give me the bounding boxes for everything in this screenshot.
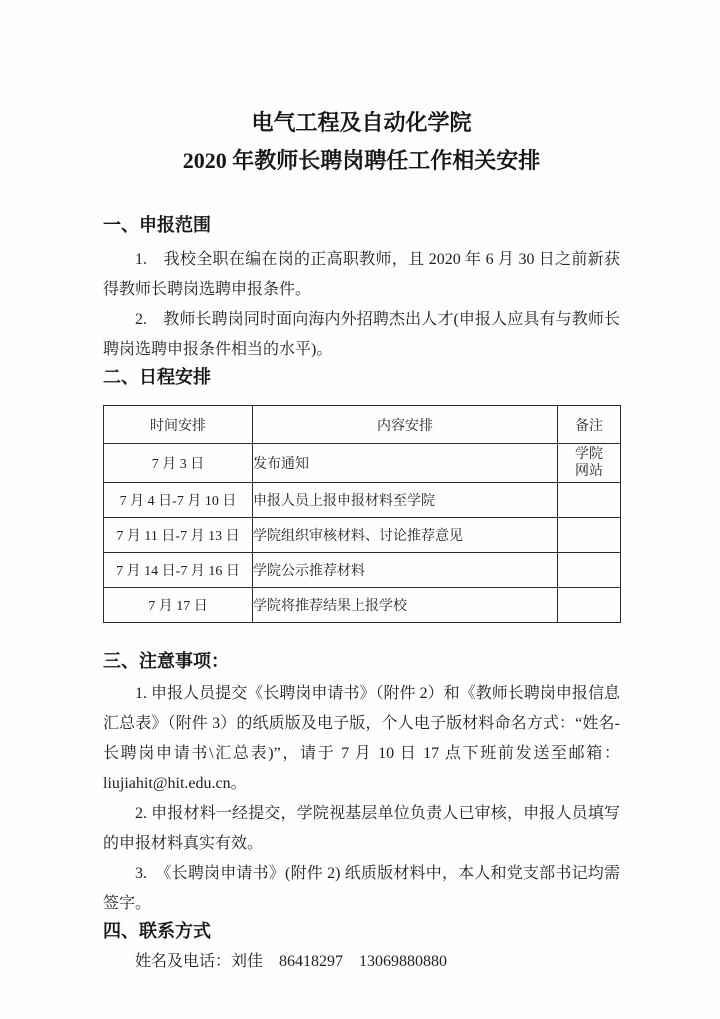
table-row: 7 月 14 日-7 月 16 日 学院公示推荐材料 [104,553,621,588]
section-3-heading: 三、注意事项： [103,649,620,673]
note-cell [558,588,621,623]
time-cell: 7 月 14 日-7 月 16 日 [104,553,253,588]
time-cell: 7 月 3 日 [104,444,253,483]
content-cell: 学院组织审核材料、讨论推荐意见 [253,518,558,553]
content-cell: 申报人员上报申报材料至学院 [253,483,558,518]
table-row: 7 月 4 日-7 月 10 日 申报人员上报申报材料至学院 [104,483,621,518]
document-title-line-1: 电气工程及自动化学院 [103,104,620,142]
content-cell: 学院公示推荐材料 [253,553,558,588]
column-header-note: 备注 [558,406,621,444]
section-3-paragraph-1: 1. 申报人员提交《长聘岗申请书》（附件 2）和《教师长聘岗申报信息汇总表》（附… [103,679,620,799]
section-2-heading: 二、日程安排 [103,365,620,389]
section-1-heading: 一、申报范围 [103,213,620,237]
column-header-content: 内容安排 [253,406,558,444]
note-cell: 学院 网站 [558,444,621,483]
time-cell: 7 月 11 日-7 月 13 日 [104,518,253,553]
content-cell: 发布通知 [253,444,558,483]
table-row: 7 月 17 日 学院将推荐结果上报学校 [104,588,621,623]
section-1-paragraph-1: 1. 我校全职在编在岗的正高职教师，且 2020 年 6 月 30 日之前新获得… [103,245,620,305]
document-content: 电气工程及自动化学院 2020 年教师长聘岗聘任工作相关安排 一、申报范围 1.… [0,0,720,977]
document-page: 电气工程及自动化学院 2020 年教师长聘岗聘任工作相关安排 一、申报范围 1.… [0,0,720,1019]
table-row: 7 月 11 日-7 月 13 日 学院组织审核材料、讨论推荐意见 [104,518,621,553]
contact-line: 姓名及电话：刘佳 86418297 13069880880 [103,947,620,977]
time-cell: 7 月 4 日-7 月 10 日 [104,483,253,518]
note-cell [558,518,621,553]
document-title-line-2: 2020 年教师长聘岗聘任工作相关安排 [103,142,620,180]
note-cell [558,483,621,518]
section-4-heading: 四、联系方式 [103,919,620,943]
document-title: 电气工程及自动化学院 2020 年教师长聘岗聘任工作相关安排 [103,104,620,180]
section-3-paragraph-2: 2. 申报材料一经提交，学院视基层单位负责人已审核，申报人员填写的申报材料真实有… [103,799,620,859]
schedule-table-header-row: 时间安排 内容安排 备注 [104,406,621,444]
content-cell: 学院将推荐结果上报学校 [253,588,558,623]
table-row: 7 月 3 日 发布通知 学院 网站 [104,444,621,483]
column-header-time: 时间安排 [104,406,253,444]
time-cell: 7 月 17 日 [104,588,253,623]
section-3-paragraph-3: 3. 《长聘岗申请书》(附件 2) 纸质版材料中，本人和党支部书记均需签字。 [103,859,620,919]
section-1-paragraph-2: 2. 教师长聘岗同时面向海内外招聘杰出人才(申报人应具有与教师长聘岗选聘申报条件… [103,305,620,365]
schedule-table: 时间安排 内容安排 备注 7 月 3 日 发布通知 学院 网站 7 月 4 日-… [103,405,621,623]
note-cell [558,553,621,588]
